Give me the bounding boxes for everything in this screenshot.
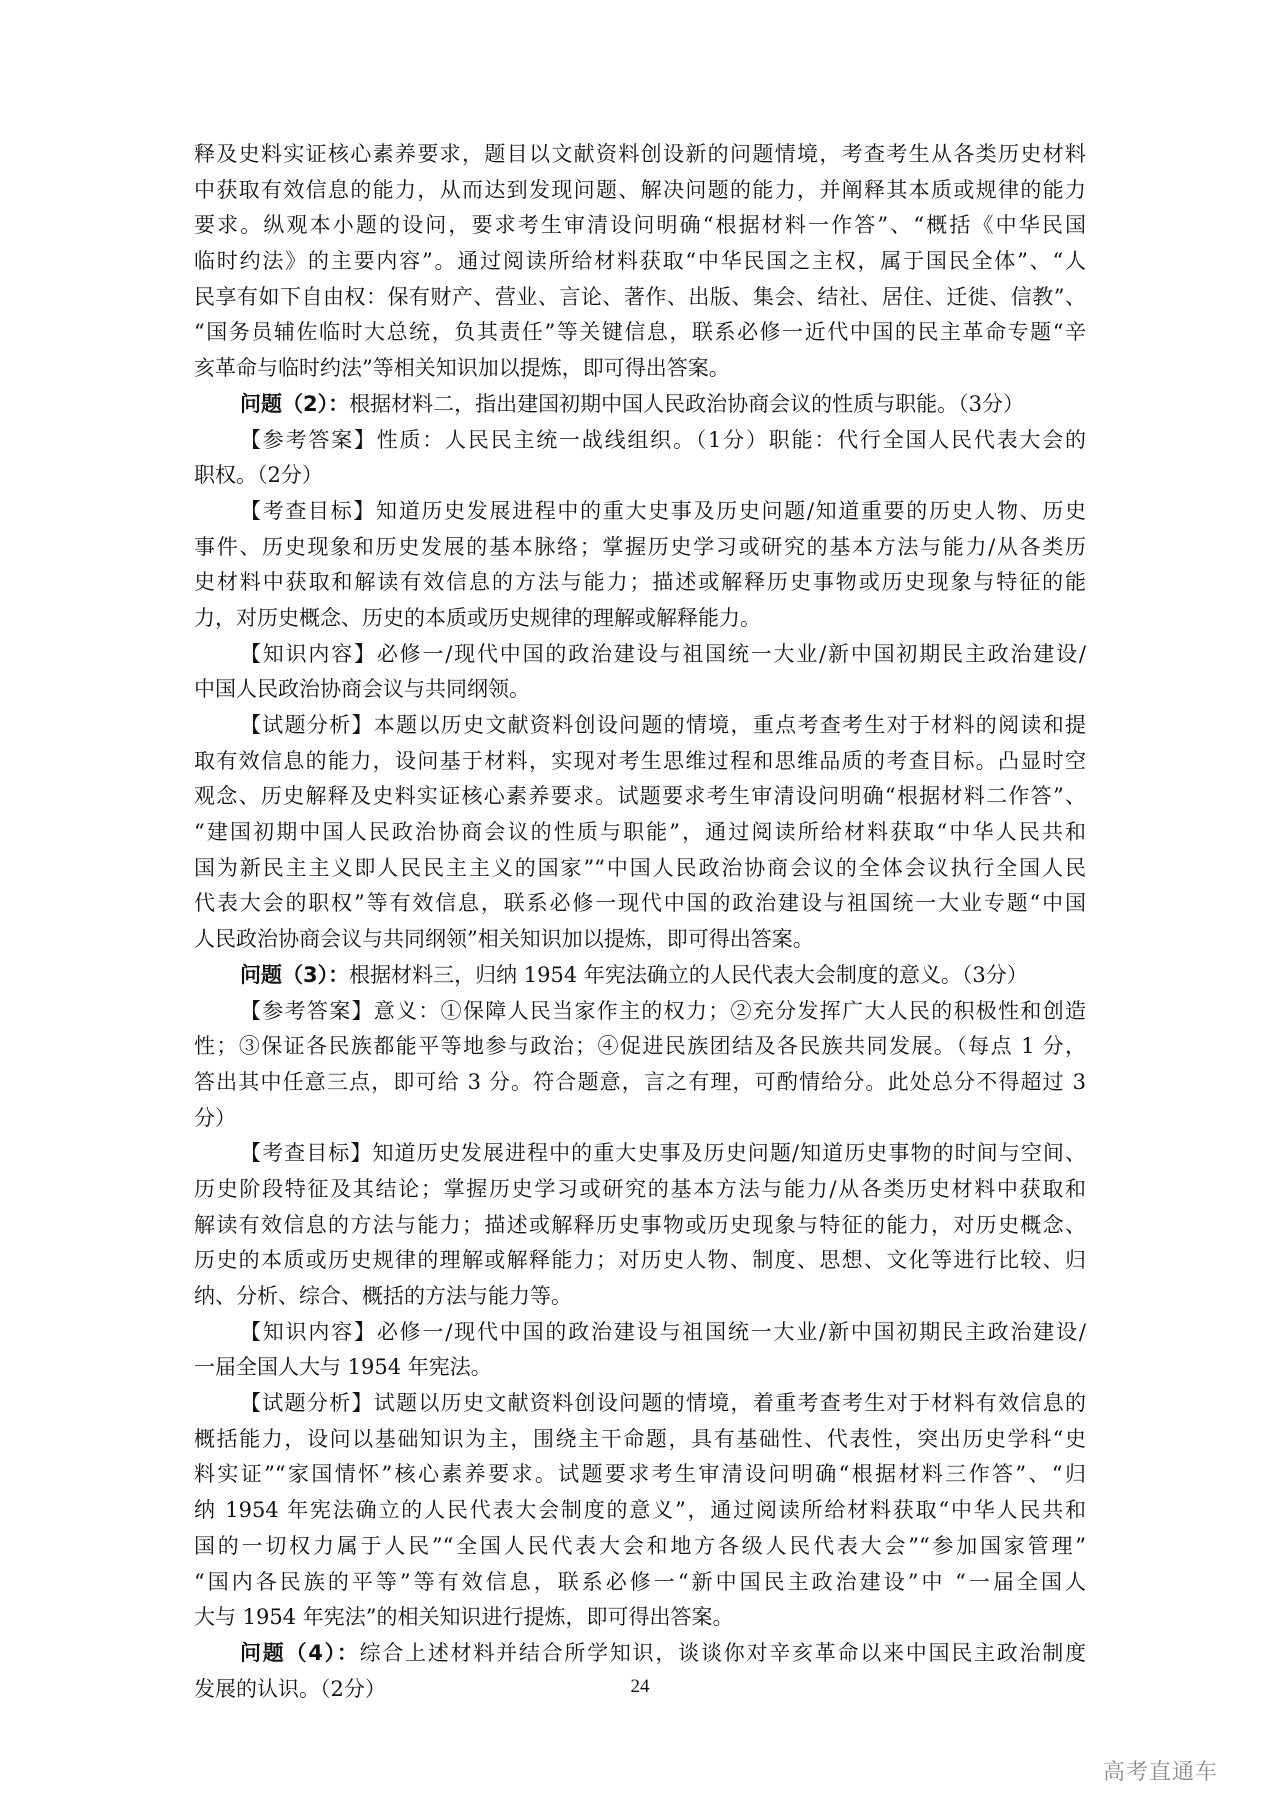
paragraph-q2-knowledge: 【知识内容】必修一/现代中国的政治建设与祖国统一大业/新中国初期民主政治建设/中… bbox=[194, 637, 1086, 708]
text-line: 中国人民政治协商会议与共同纲领。 bbox=[194, 672, 1086, 708]
text-line: 历史阶段特征及其结论；掌握历史学习或研究的基本方法与能力/从各类历史材料中获取和 bbox=[194, 1172, 1086, 1208]
text-line: 取有效信息的能力，设问基于材料，实现对考生思维过程和思维品质的考查目标。凸显时空 bbox=[194, 744, 1086, 780]
text-line: 【参考答案】意义：①保障人民当家作主的权力；②充分发挥广大人民的积极性和创造 bbox=[194, 994, 1086, 1030]
text-line: 纳 1954 年宪法确立的人民代表大会制度的意义”，通过阅读所给材料获取“中华人… bbox=[194, 1493, 1086, 1529]
text-line: 国为新民主主义即人民民主主义的国家”“中国人民政治协商会议的全体会议执行全国人民 bbox=[194, 851, 1086, 887]
text-line: “建国初期中国人民政治协商会议的性质与职能”，通过阅读所给材料获取“中华人民共和 bbox=[194, 815, 1086, 851]
paragraph-q3: 问题（3）：根据材料三，归纳 1954 年宪法确立的人民代表大会制度的意义。（3… bbox=[194, 958, 1086, 994]
text-line: 中获取有效信息的能力，从而达到发现问题、解决问题的能力，并阐释其本质或规律的能力 bbox=[194, 173, 1086, 209]
page-number: 24 bbox=[0, 1676, 1280, 1698]
text-line: 料实证”“家国情怀”核心素养要求。试题要求考生审清设问明确“根据材料三作答”、“… bbox=[194, 1457, 1086, 1493]
question-label: 问题（2）： bbox=[240, 392, 349, 416]
text-line: 问题（3）：根据材料三，归纳 1954 年宪法确立的人民代表大会制度的意义。（3… bbox=[194, 958, 1086, 994]
document-body: 释及史料实证核心素养要求，题目以文献资料创设新的问题情境，考查考生从各类历史材料… bbox=[194, 137, 1086, 1707]
text-line: 亥革命与临时约法”等相关知识加以提炼，即可得出答案。 bbox=[194, 351, 1086, 387]
paragraph-p1: 释及史料实证核心素养要求，题目以文献资料创设新的问题情境，考查考生从各类历史材料… bbox=[194, 137, 1086, 387]
paragraph-q3-answer: 【参考答案】意义：①保障人民当家作主的权力；②充分发挥广大人民的积极性和创造性；… bbox=[194, 994, 1086, 1137]
paragraph-q2-analysis: 【试题分析】本题以历史文献资料创设问题的情境，重点考查考生对于材料的阅读和提取有… bbox=[194, 708, 1086, 958]
text-line: 【试题分析】试题以历史文献资料创设问题的情境，着重考查考生对于材料有效信息的 bbox=[194, 1386, 1086, 1422]
text-line: 纳、分析、综合、概括的方法与能力等。 bbox=[194, 1279, 1086, 1315]
paragraph-q2: 问题（2）：根据材料二，指出建国初期中国人民政治协商会议的性质与职能。（3分） bbox=[194, 387, 1086, 423]
text-line: 【考查目标】知道历史发展进程中的重大史事及历史问题/知道历史事物的时间与空间、 bbox=[194, 1136, 1086, 1172]
text-line: 问题（2）：根据材料二，指出建国初期中国人民政治协商会议的性质与职能。（3分） bbox=[194, 387, 1086, 423]
paragraph-q3-knowledge: 【知识内容】必修一/现代中国的政治建设与祖国统一大业/新中国初期民主政治建设/一… bbox=[194, 1315, 1086, 1386]
text-line: 民享有如下自由权：保有财产、营业、言论、著作、出版、集会、结社、居住、迁徙、信教… bbox=[194, 280, 1086, 316]
question-text: 根据材料二，指出建国初期中国人民政治协商会议的性质与职能。（3分） bbox=[349, 392, 1024, 416]
text-line: 【知识内容】必修一/现代中国的政治建设与祖国统一大业/新中国初期民主政治建设/ bbox=[194, 1315, 1086, 1351]
question-label: 问题（3）： bbox=[240, 963, 349, 987]
text-line: 职权。（2分） bbox=[194, 458, 1086, 494]
question-text: 综合上述材料并结合所学知识，谈谈你对辛亥革命以来中国民主政治制度 bbox=[360, 1641, 1086, 1665]
text-line: 概括能力，设问以基础知识为主，围绕主干命题，具有基础性、代表性，突出历史学科“史 bbox=[194, 1422, 1086, 1458]
text-line: 大与 1954 年宪法”的相关知识进行提炼，即可得出答案。 bbox=[194, 1600, 1086, 1636]
text-line: 人民政治协商会议与共同纲领”相关知识加以提炼，即可得出答案。 bbox=[194, 922, 1086, 958]
text-line: 历史的本质或历史规律的理解或解释能力；对历史人物、制度、思想、文化等进行比较、归 bbox=[194, 1243, 1086, 1279]
paragraph-q2-target: 【考查目标】知道历史发展进程中的重大史事及历史问题/知道重要的历史人物、历史事件… bbox=[194, 494, 1086, 637]
text-line: 【知识内容】必修一/现代中国的政治建设与祖国统一大业/新中国初期民主政治建设/ bbox=[194, 637, 1086, 673]
paragraph-q2-answer: 【参考答案】性质：人民民主统一战线组织。（1分）职能：代行全国人民代表大会的职权… bbox=[194, 423, 1086, 494]
text-line: 分） bbox=[194, 1101, 1086, 1137]
paragraph-q3-analysis: 【试题分析】试题以历史文献资料创设问题的情境，着重考查考生对于材料有效信息的概括… bbox=[194, 1386, 1086, 1636]
text-line: 临时约法》的主要内容”。通过阅读所给材料获取“中华民国之主权，属于国民全体”、“… bbox=[194, 244, 1086, 280]
text-line: 国的一切权力属于人民”“全国人民代表大会和地方各级人民代表大会”“参加国家管理” bbox=[194, 1529, 1086, 1565]
text-line: 【考查目标】知道历史发展进程中的重大史事及历史问题/知道重要的历史人物、历史 bbox=[194, 494, 1086, 530]
text-line: 事件、历史现象和历史发展的基本脉络；掌握历史学习或研究的基本方法与能力/从各类历 bbox=[194, 530, 1086, 566]
watermark-brand: 高考直通车 bbox=[1103, 1755, 1218, 1786]
text-line: 史材料中获取和解读有效信息的方法与能力；描述或解释历史事物或历史现象与特征的能 bbox=[194, 565, 1086, 601]
text-line: 问题（4）：综合上述材料并结合所学知识，谈谈你对辛亥革命以来中国民主政治制度 bbox=[194, 1636, 1086, 1672]
text-line: 观念、历史解释及史料实证核心素养要求。试题要求考生审清设问明确“根据材料二作答”… bbox=[194, 779, 1086, 815]
text-line: 要求。纵观本小题的设问，要求考生审清设问明确“根据材料一作答”、“概括《中华民国 bbox=[194, 208, 1086, 244]
text-line: 【参考答案】性质：人民民主统一战线组织。（1分）职能：代行全国人民代表大会的 bbox=[194, 423, 1086, 459]
text-line: “国务员辅佐临时大总统，负其责任”等关键信息，联系必修一近代中国的民主革命专题“… bbox=[194, 315, 1086, 351]
text-line: 力，对历史概念、历史的本质或历史规律的理解或解释能力。 bbox=[194, 601, 1086, 637]
text-line: 【试题分析】本题以历史文献资料创设问题的情境，重点考查考生对于材料的阅读和提 bbox=[194, 708, 1086, 744]
text-line: 代表大会的职权”等有效信息，联系必修一现代中国的政治建设与祖国统一大业专题“中国 bbox=[194, 886, 1086, 922]
text-line: 一届全国人大与 1954 年宪法。 bbox=[194, 1350, 1086, 1386]
question-text: 根据材料三，归纳 1954 年宪法确立的人民代表大会制度的意义。（3分） bbox=[349, 963, 1028, 987]
text-line: 解读有效信息的方法与能力；描述或解释历史事物或历史现象与特征的能力，对历史概念、 bbox=[194, 1208, 1086, 1244]
text-line: “国内各民族的平等”等有效信息，联系必修一“新中国民主政治建设”中 “一届全国人 bbox=[194, 1565, 1086, 1601]
text-line: 释及史料实证核心素养要求，题目以文献资料创设新的问题情境，考查考生从各类历史材料 bbox=[194, 137, 1086, 173]
question-label: 问题（4）： bbox=[240, 1641, 360, 1665]
paragraph-q3-target: 【考查目标】知道历史发展进程中的重大史事及历史问题/知道历史事物的时间与空间、历… bbox=[194, 1136, 1086, 1314]
text-line: 答出其中任意三点，即可给 3 分。符合题意，言之有理，可酌情给分。此处总分不得超… bbox=[194, 1065, 1086, 1101]
text-line: 性；③保证各民族都能平等地参与政治；④促进民族团结及各民族共同发展。（每点 1 … bbox=[194, 1029, 1086, 1065]
